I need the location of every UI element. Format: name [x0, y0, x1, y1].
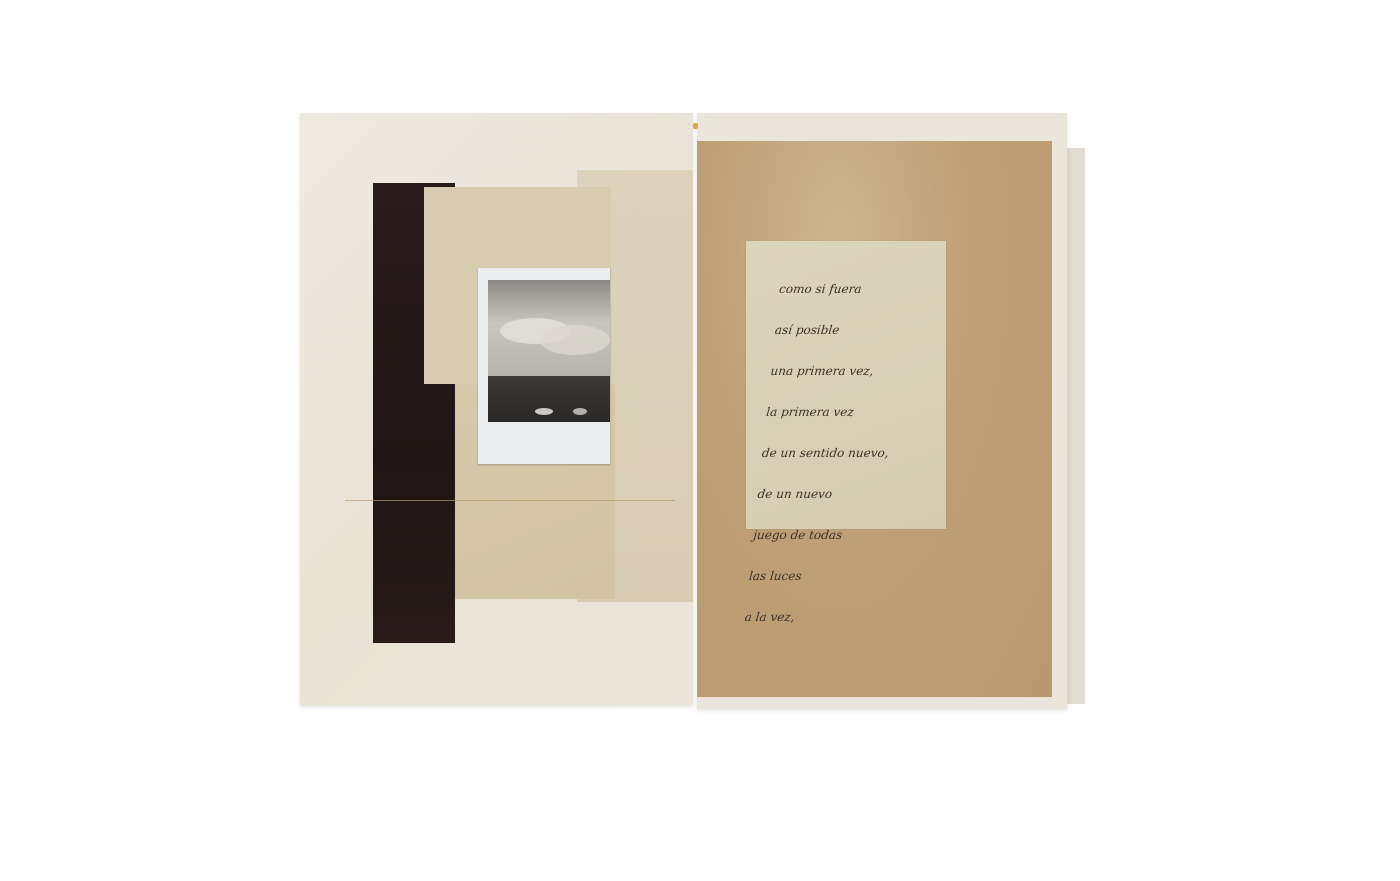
- poem-line: de un nuevo: [757, 484, 939, 505]
- sea-light-reflection: [535, 408, 553, 415]
- poem-line: como si fuera: [778, 279, 960, 300]
- poem-line: la primera vez: [765, 402, 947, 423]
- poem-line: juego de todas: [752, 525, 934, 546]
- poem-line: así posible: [774, 320, 956, 341]
- poem-line: las luces: [748, 566, 930, 587]
- poem-line: de un sentido nuevo,: [761, 443, 943, 464]
- polaroid-sea: [488, 376, 610, 422]
- thread-line: [345, 500, 675, 501]
- sea-light-reflection: [573, 408, 587, 415]
- poem-line: una primera vez,: [770, 361, 952, 382]
- poem-line: a la vez,: [744, 607, 926, 628]
- spine-binding-pin: [693, 123, 698, 129]
- cloud: [540, 325, 610, 355]
